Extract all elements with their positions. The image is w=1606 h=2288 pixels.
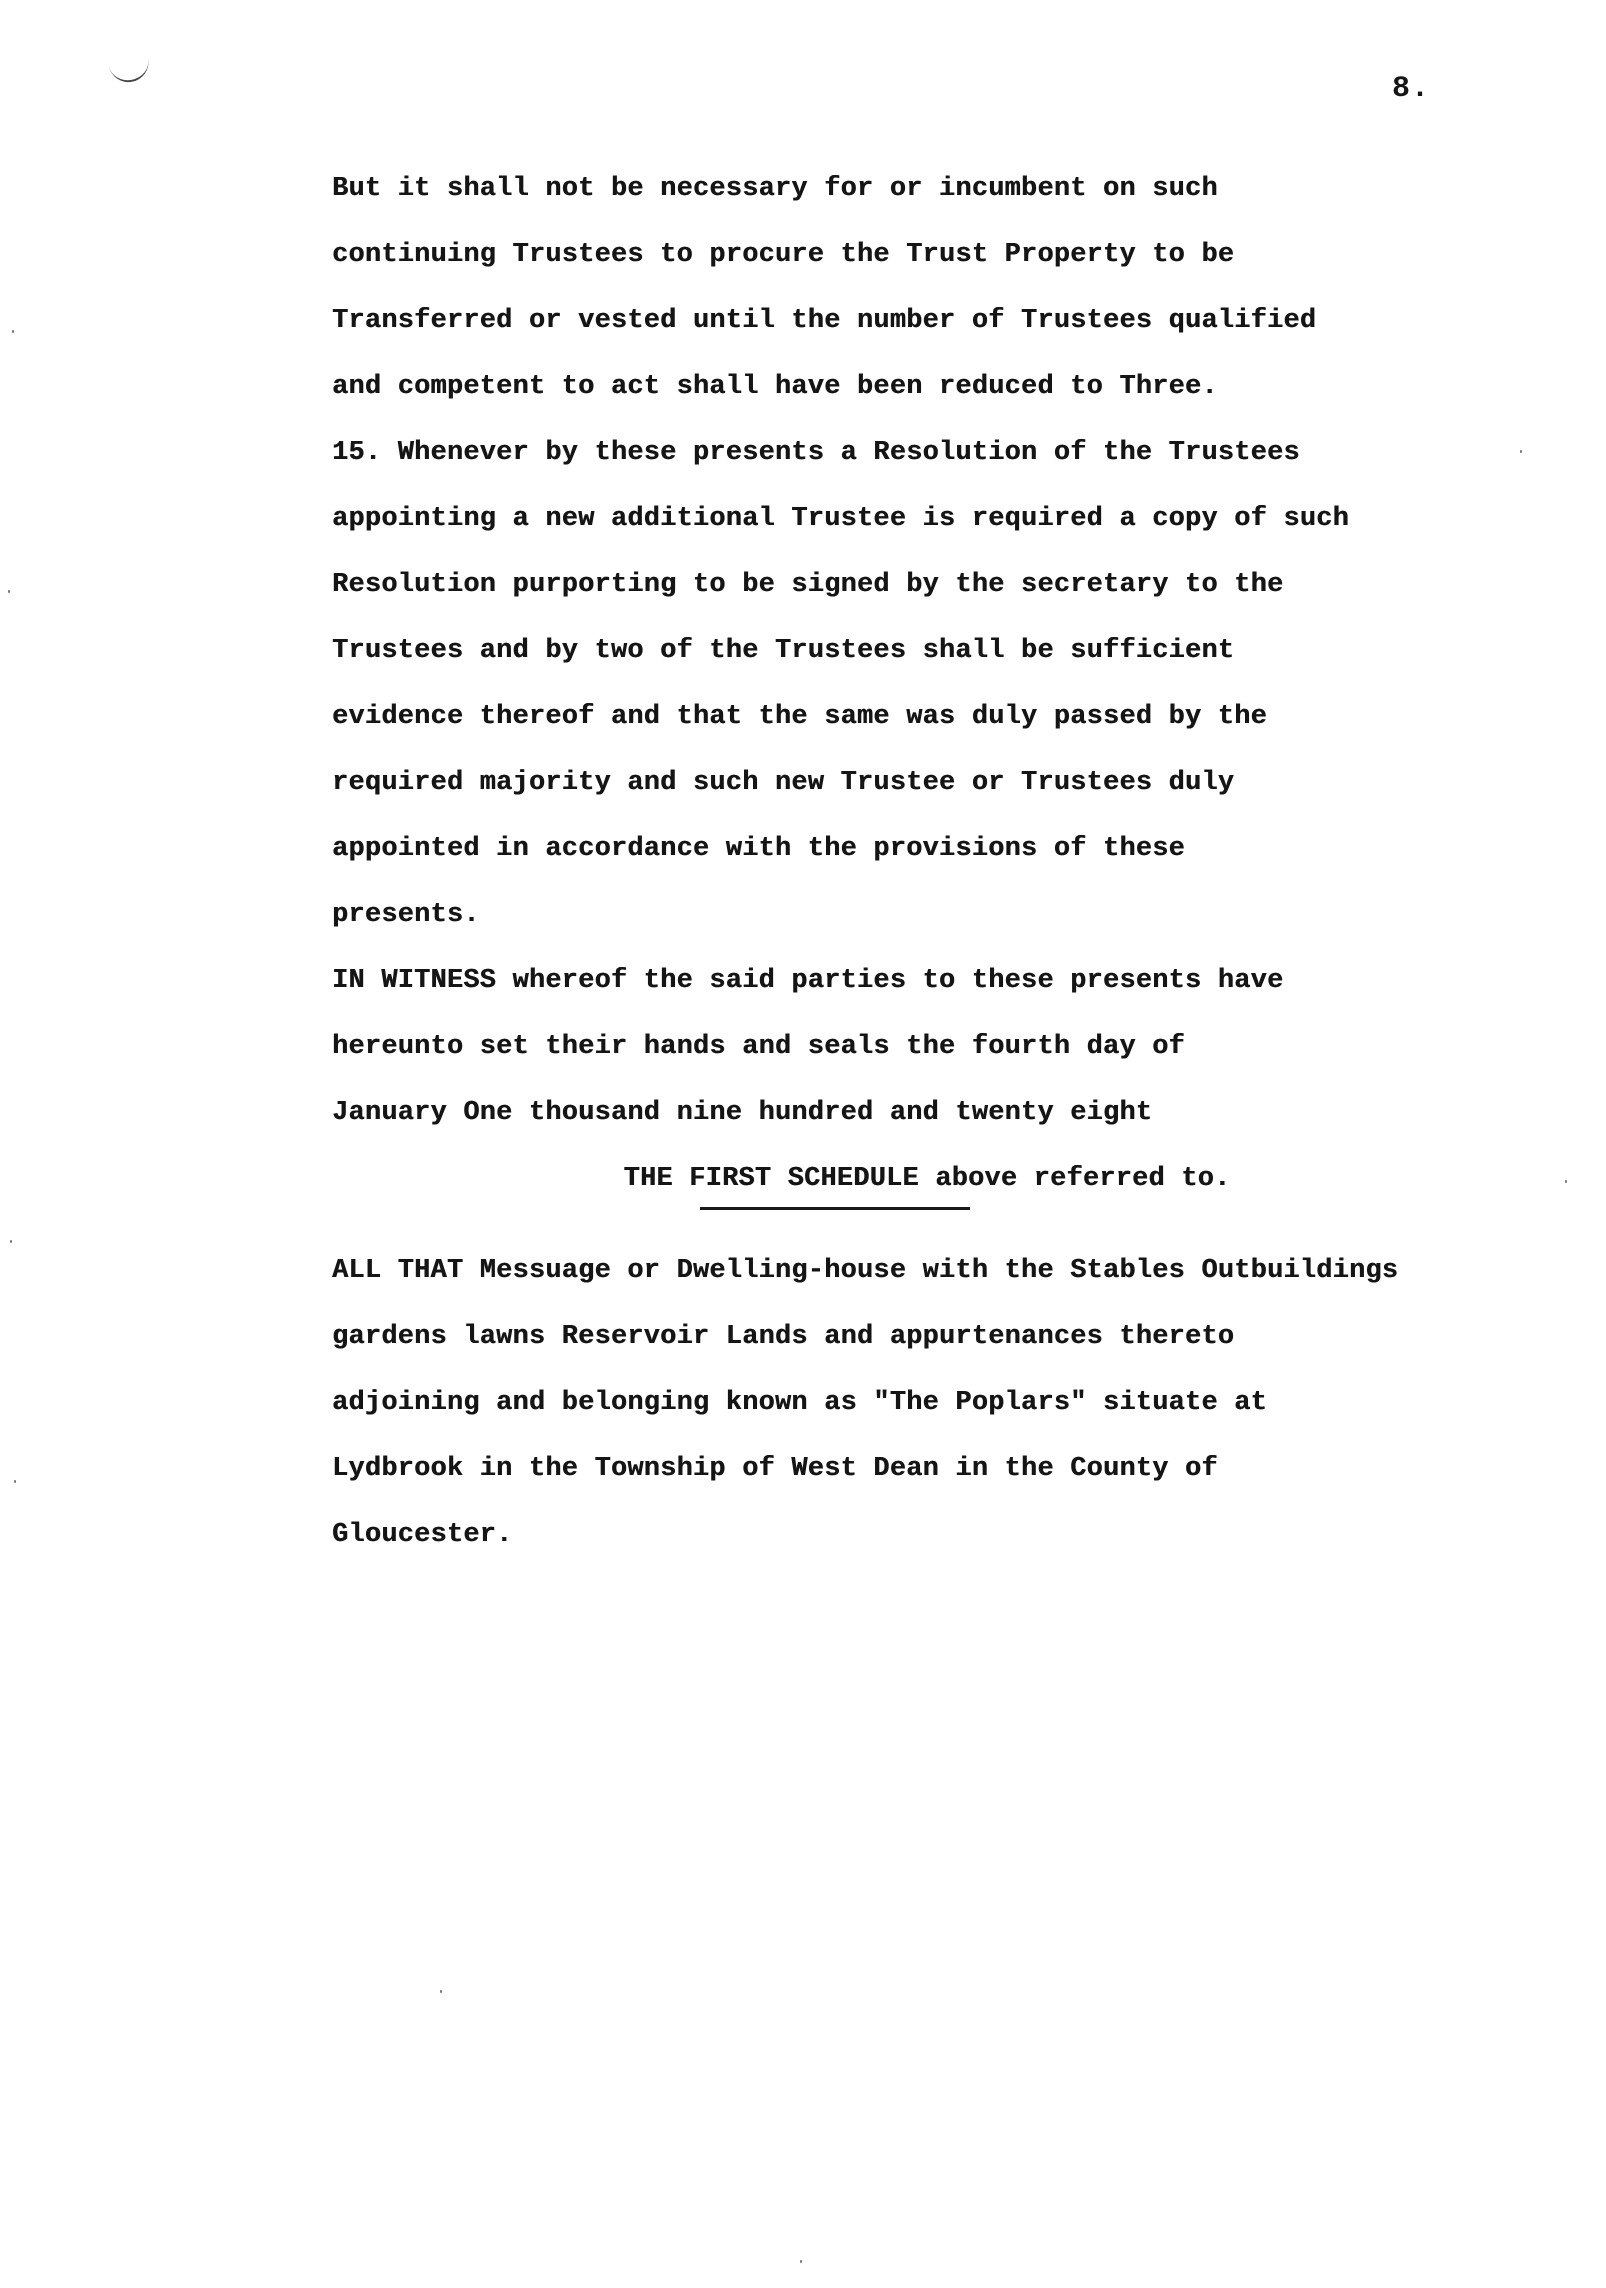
text-line: and competent to act shall have been red… <box>332 354 1512 420</box>
scan-speck <box>440 1990 442 1993</box>
text-line: January One thousand nine hundred and tw… <box>332 1080 1512 1146</box>
text-line: Gloucester. <box>332 1502 1512 1568</box>
scan-mark <box>108 57 151 86</box>
text-line: adjoining and belonging known as "The Po… <box>332 1370 1512 1436</box>
scan-speck <box>800 2260 802 2263</box>
clause-15: 15. Whenever by these presents a Resolut… <box>332 420 1512 948</box>
text-line: But it shall not be necessary for or inc… <box>332 156 1512 222</box>
schedule-heading: THE FIRST SCHEDULE above referred to. <box>332 1146 1332 1212</box>
text-line: 15. Whenever by these presents a Resolut… <box>332 420 1512 486</box>
text-line: gardens lawns Reservoir Lands and appurt… <box>332 1304 1512 1370</box>
scan-speck <box>14 1480 16 1483</box>
heading-underline <box>700 1207 970 1210</box>
text-line: Lydbrook in the Township of West Dean in… <box>332 1436 1512 1502</box>
text-line: evidence thereof and that the same was d… <box>332 684 1512 750</box>
scan-speck <box>8 590 10 593</box>
scan-edge-line <box>1586 0 1606 2</box>
text-line: Resolution purporting to be signed by th… <box>332 552 1512 618</box>
document-body: But it shall not be necessary for or inc… <box>332 156 1512 1568</box>
witness-clause: IN WITNESS whereof the said parties to t… <box>332 948 1512 1146</box>
text-line: appointing a new additional Trustee is r… <box>332 486 1512 552</box>
scan-speck <box>1565 1180 1567 1183</box>
page-number: 8. <box>1392 72 1430 106</box>
text-line: appointed in accordance with the provisi… <box>332 816 1512 882</box>
schedule-description: ALL THAT Messuage or Dwelling-house with… <box>332 1238 1512 1568</box>
scan-speck <box>12 330 14 333</box>
text-line: hereunto set their hands and seals the f… <box>332 1014 1512 1080</box>
text-line: Transferred or vested until the number o… <box>332 288 1512 354</box>
spacer <box>332 1212 1512 1238</box>
text-line: continuing Trustees to procure the Trust… <box>332 222 1512 288</box>
scan-speck <box>10 1240 12 1243</box>
text-line: ALL THAT Messuage or Dwelling-house with… <box>332 1238 1512 1304</box>
text-line: required majority and such new Trustee o… <box>332 750 1512 816</box>
scan-speck <box>1520 450 1522 453</box>
text-line: IN WITNESS whereof the said parties to t… <box>332 948 1512 1014</box>
text-line: Trustees and by two of the Trustees shal… <box>332 618 1512 684</box>
text-line: presents. <box>332 882 1512 948</box>
clause-continuation: But it shall not be necessary for or inc… <box>332 156 1512 420</box>
